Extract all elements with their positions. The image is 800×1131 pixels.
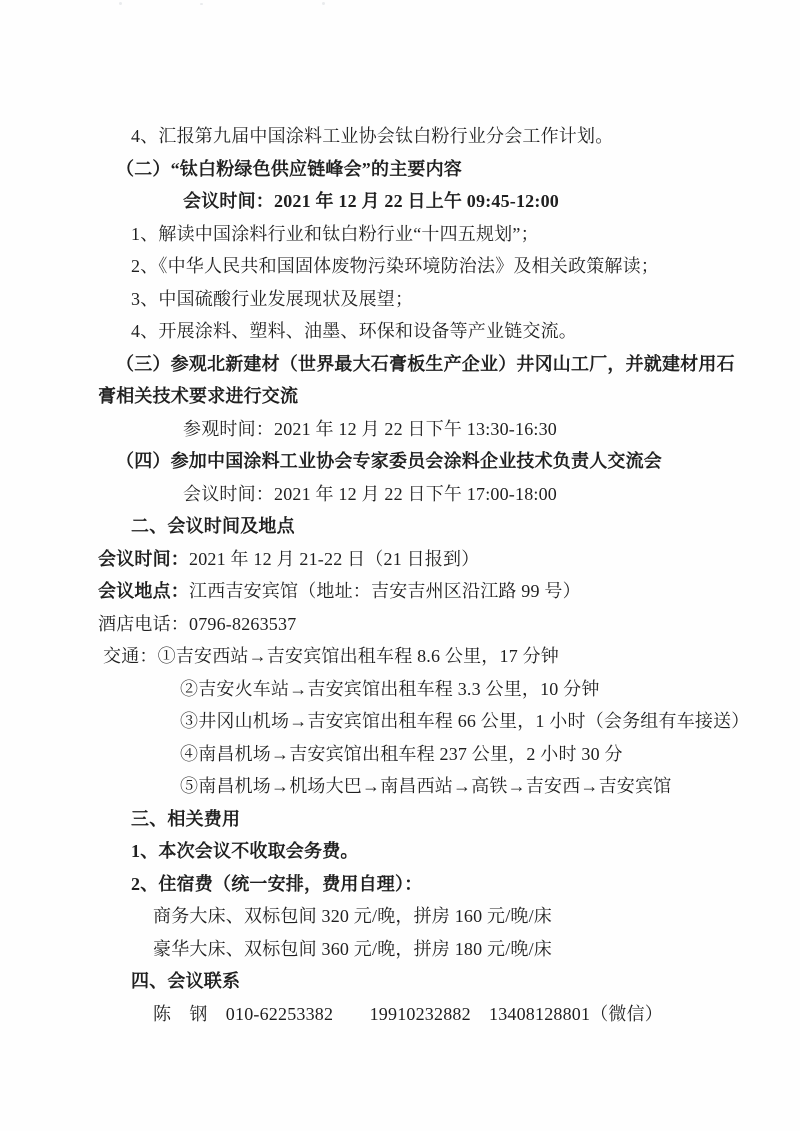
transport-line-jinggangshan-airport: ③井冈山机场→吉安宾馆出租车程 66 公里，1 小时（会务组有车接送） — [98, 705, 750, 738]
meeting-time-summit: 会议时间：2021 年 12 月 22 日上午 09:45-12:00 — [98, 185, 750, 218]
fee-item-no-conference-fee: 1、本次会议不收取会务费。 — [98, 835, 750, 868]
scan-speck — [322, 2, 325, 5]
scan-speck — [200, 3, 203, 5]
section-heading-summit-content: （二）“钛白粉绿色供应链峰会”的主要内容 — [98, 153, 750, 186]
transport-line-nanchang-transfer: ⑤南昌机场→机场大巴→南昌西站→高铁→吉安西→吉安宾馆 — [98, 770, 750, 803]
section-heading-expert-exchange: （四）参加中国涂料工业协会专家委员会涂料企业技术负责人交流会 — [98, 445, 750, 478]
section-heading-contact: 四、会议联系 — [98, 965, 750, 998]
transport-line-railway-station: ②吉安火车站→吉安宾馆出租车程 3.3 公里，10 分钟 — [98, 673, 750, 706]
fee-item-accommodation: 2、住宿费（统一安排，费用自理）： — [98, 868, 750, 901]
scan-speck — [119, 2, 122, 5]
section-heading-time-location: 二、会议时间及地点 — [98, 510, 750, 543]
transport-line-west-station: 交通：①吉安西站→吉安宾馆出租车程 8.6 公里，17 分钟 — [98, 640, 750, 673]
meeting-venue-label: 会议地点： — [98, 581, 189, 601]
section-heading-factory-visit: （三）参观北新建材（世界最大石膏板生产企业）井冈山工厂，并就建材用石 — [98, 348, 750, 381]
meeting-time-exchange: 会议时间：2021 年 12 月 22 日下午 17:00-18:00 — [98, 478, 750, 511]
meeting-venue-detail: 会议地点：江西吉安宾馆（地址：吉安吉州区沿江路 99 号） — [98, 575, 750, 608]
list-item-industry-chain: 4、开展涂料、塑料、油墨、环保和设备等产业链交流。 — [98, 315, 750, 348]
document-page: 4、汇报第九届中国涂料工业协会钛白粉行业分会工作计划。 （二）“钛白粉绿色供应链… — [0, 0, 800, 1131]
list-item-plan-interpretation: 1、解读中国涂料行业和钛白粉行业“十四五规划”； — [98, 218, 750, 251]
contact-line: 陈 钢 010-62253382 19910232882 13408128801… — [98, 998, 750, 1031]
meeting-time-value: 2021 年 12 月 21-22 日（21 日报到） — [189, 549, 479, 569]
meeting-time-label: 会议时间： — [98, 549, 189, 569]
section-heading-fees: 三、相关费用 — [98, 803, 750, 836]
visit-time-line: 参观时间：2021 年 12 月 22 日下午 13:30-16:30 — [98, 413, 750, 446]
list-item-report-plan: 4、汇报第九届中国涂料工业协会钛白粉行业分会工作计划。 — [98, 120, 750, 153]
section-heading-factory-visit-wrap: 膏相关技术要求进行交流 — [98, 380, 750, 413]
hotel-phone-line: 酒店电话：0796-8263537 — [98, 608, 750, 641]
list-item-law-policy: 2、《中华人民共和国固体废物污染环境防治法》及相关政策解读； — [98, 250, 750, 283]
room-rate-deluxe: 豪华大床、双标包间 360 元/晚，拼房 180 元/晚/床 — [98, 933, 750, 966]
room-rate-business: 商务大床、双标包间 320 元/晚，拼房 160 元/晚/床 — [98, 900, 750, 933]
meeting-time-detail: 会议时间：2021 年 12 月 21-22 日（21 日报到） — [98, 543, 750, 576]
list-item-sulfuric-acid: 3、中国硫酸行业发展现状及展望； — [98, 283, 750, 316]
meeting-venue-value: 江西吉安宾馆（地址：吉安吉州区沿江路 99 号） — [189, 581, 581, 601]
transport-line-nanchang-airport: ④南昌机场→吉安宾馆出租车程 237 公里，2 小时 30 分 — [98, 738, 750, 771]
document-body: 4、汇报第九届中国涂料工业协会钛白粉行业分会工作计划。 （二）“钛白粉绿色供应链… — [98, 120, 750, 1030]
